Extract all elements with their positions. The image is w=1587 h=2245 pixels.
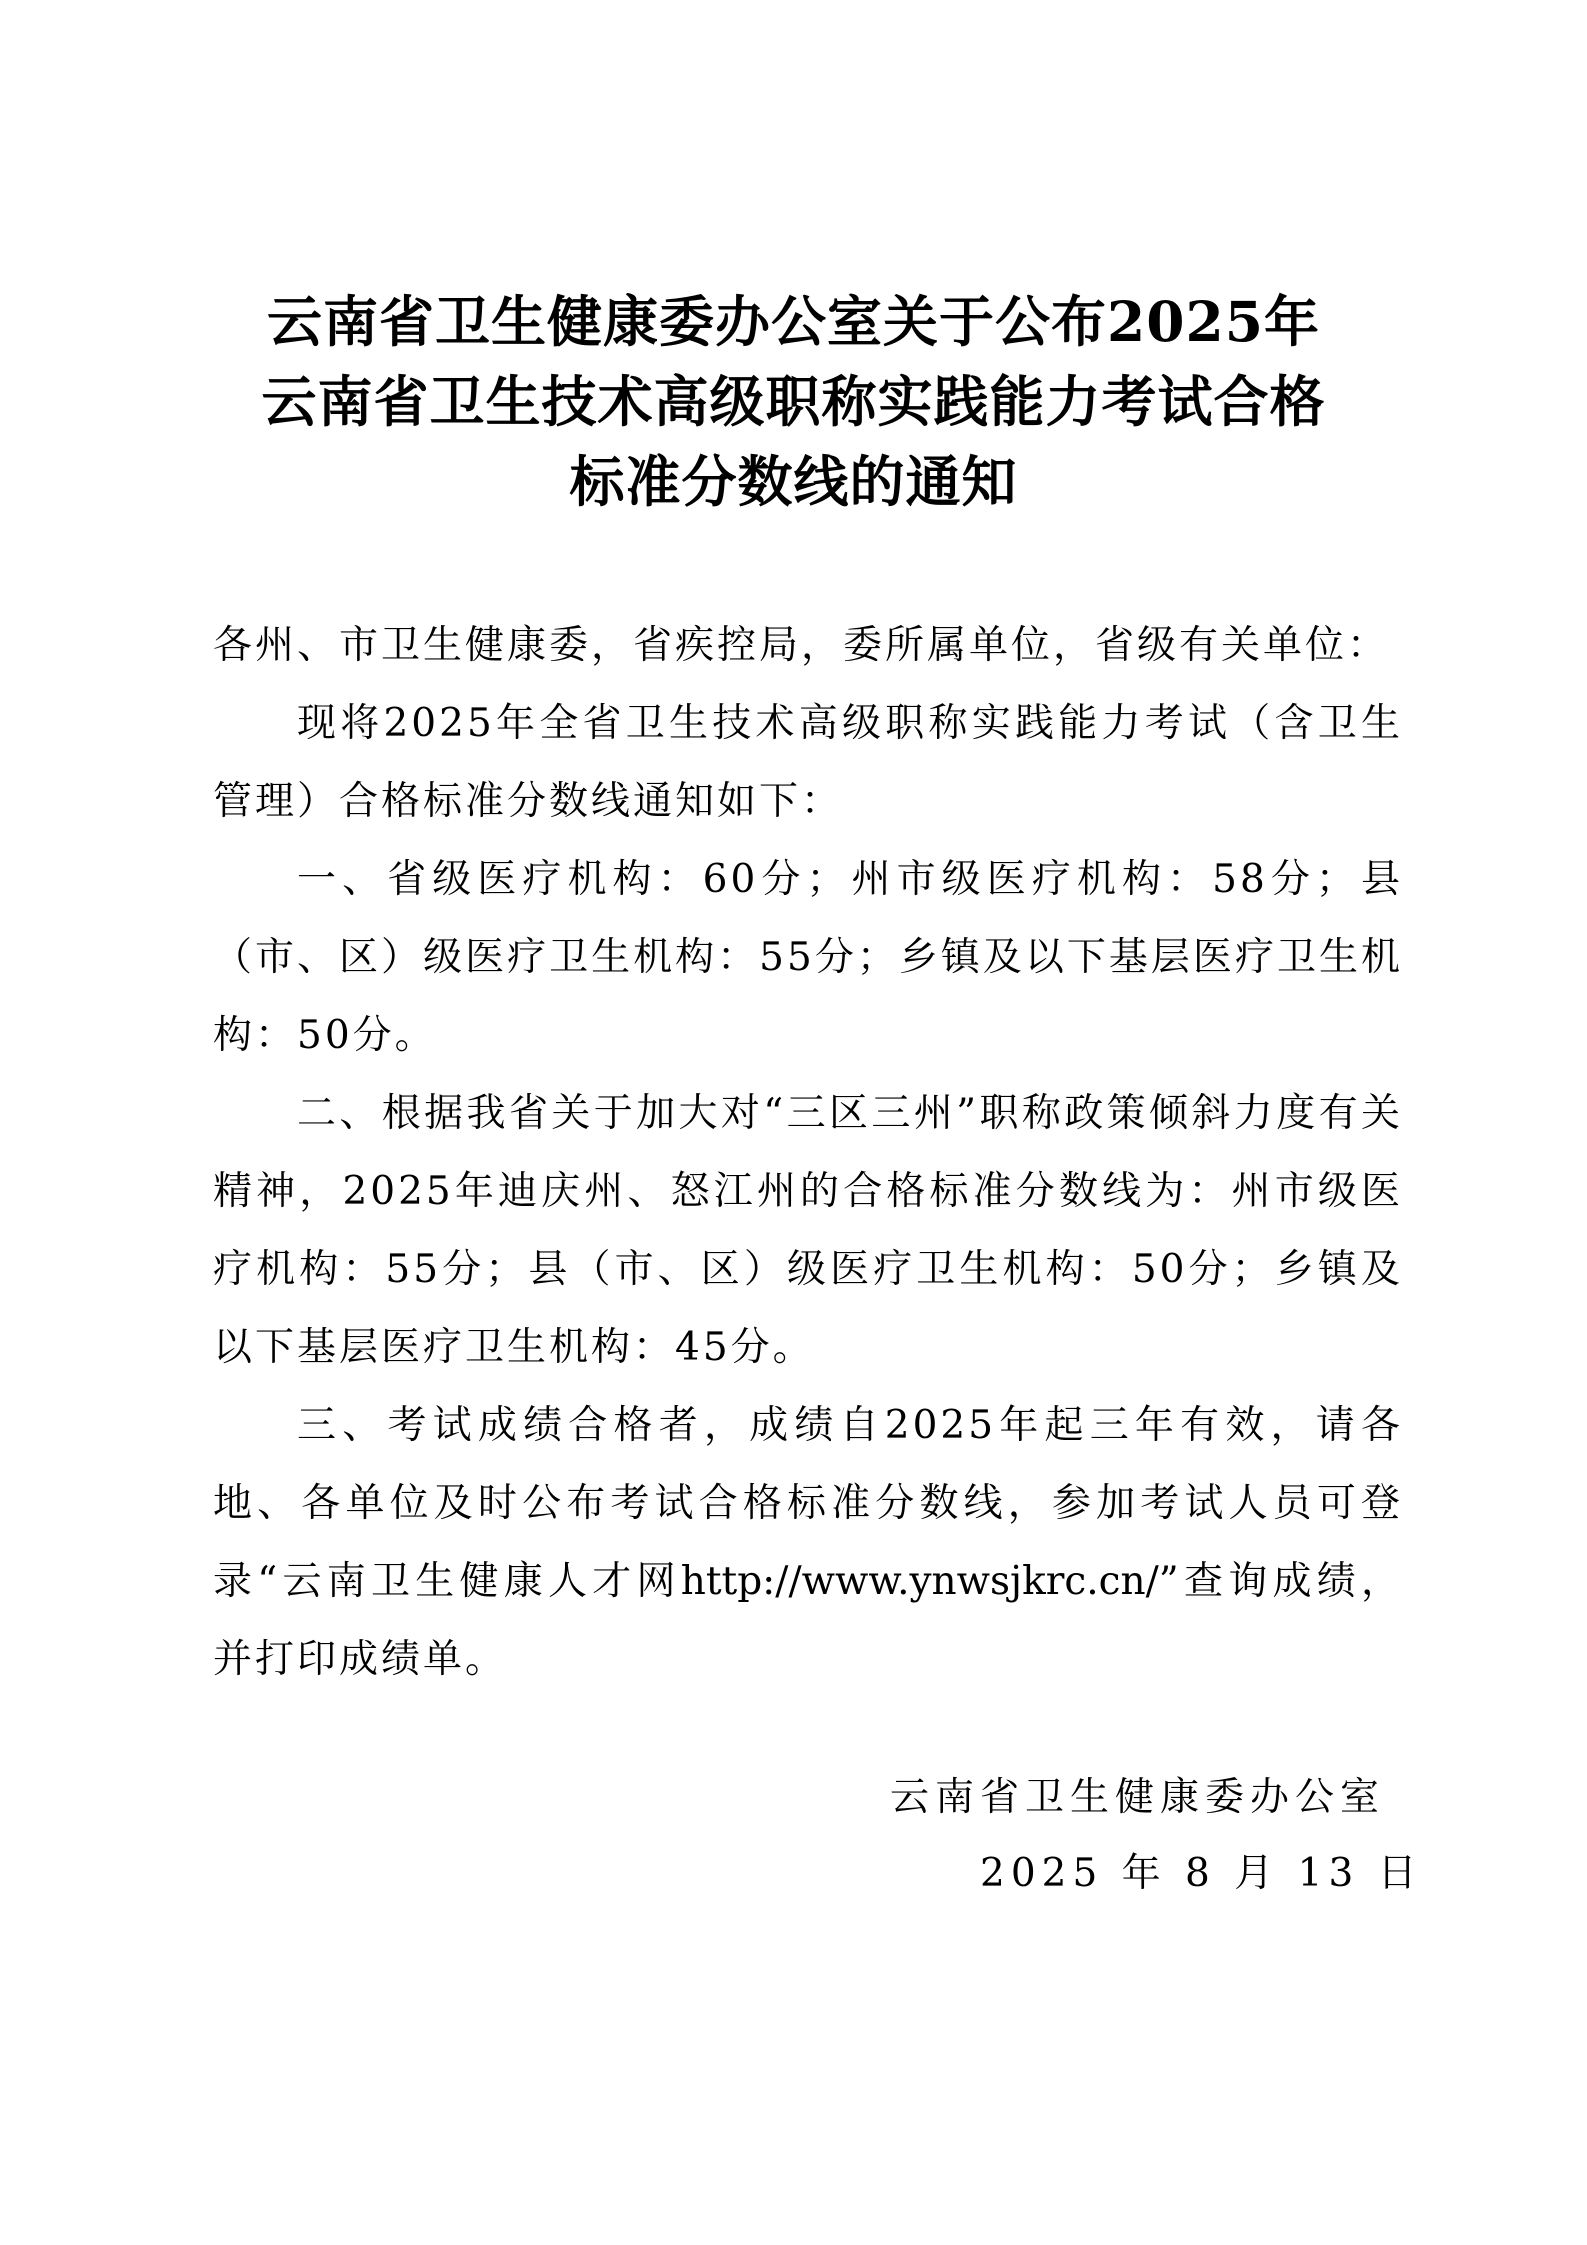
recipients-line: 各州、市卫生健康委，省疾控局，委所属单位，省级有关单位： [213,607,1403,685]
intro-paragraph: 现将2025年全省卫生技术高级职称实践能力考试（含卫生管理）合格标准分数线通知如… [213,685,1403,841]
title-line-2: 云南省卫生技术高级职称实践能力考试合格 [150,362,1437,442]
document-body: 各州、市卫生健康委，省疾控局，委所属单位，省级有关单位： 现将2025年全省卫生… [213,607,1403,1699]
document-page: 云南省卫生健康委办公室关于公布2025年 云南省卫生技术高级职称实践能力考试合格… [0,0,1587,2245]
section-2-text: 根据我省关于加大对“三区三州”职称政策倾斜力度有关精神，2025年迪庆州、怒江州… [213,1091,1403,1370]
title-line-1: 云南省卫生健康委办公室关于公布2025年 [150,282,1437,362]
section-1-text: 省级医疗机构：60分；州市级医疗机构：58分；县（市、区）级医疗卫生机构：55分… [213,857,1403,1058]
issuing-organization: 云南省卫生健康委办公室 [880,1760,1400,1836]
section-2-label: 二、 [297,1091,382,1136]
document-title: 云南省卫生健康委办公室关于公布2025年 云南省卫生技术高级职称实践能力考试合格… [150,282,1437,522]
talent-website-link[interactable]: http://www.ynwsjkrc.cn/ [681,1559,1159,1604]
section-2-paragraph: 二、根据我省关于加大对“三区三州”职称政策倾斜力度有关精神，2025年迪庆州、怒… [213,1075,1403,1387]
section-1-label: 一、 [297,857,387,902]
signature-block: 云南省卫生健康委办公室 2025 年 8 月 13 日 [880,1760,1400,1912]
issue-date: 2025 年 8 月 13 日 [880,1836,1400,1912]
title-line-3: 标准分数线的通知 [150,442,1437,522]
section-1-paragraph: 一、省级医疗机构：60分；州市级医疗机构：58分；县（市、区）级医疗卫生机构：5… [213,841,1403,1075]
section-3-label: 三、 [297,1403,387,1448]
section-3-paragraph: 三、考试成绩合格者，成绩自2025年起三年有效，请各地、各单位及时公布考试合格标… [213,1387,1403,1699]
